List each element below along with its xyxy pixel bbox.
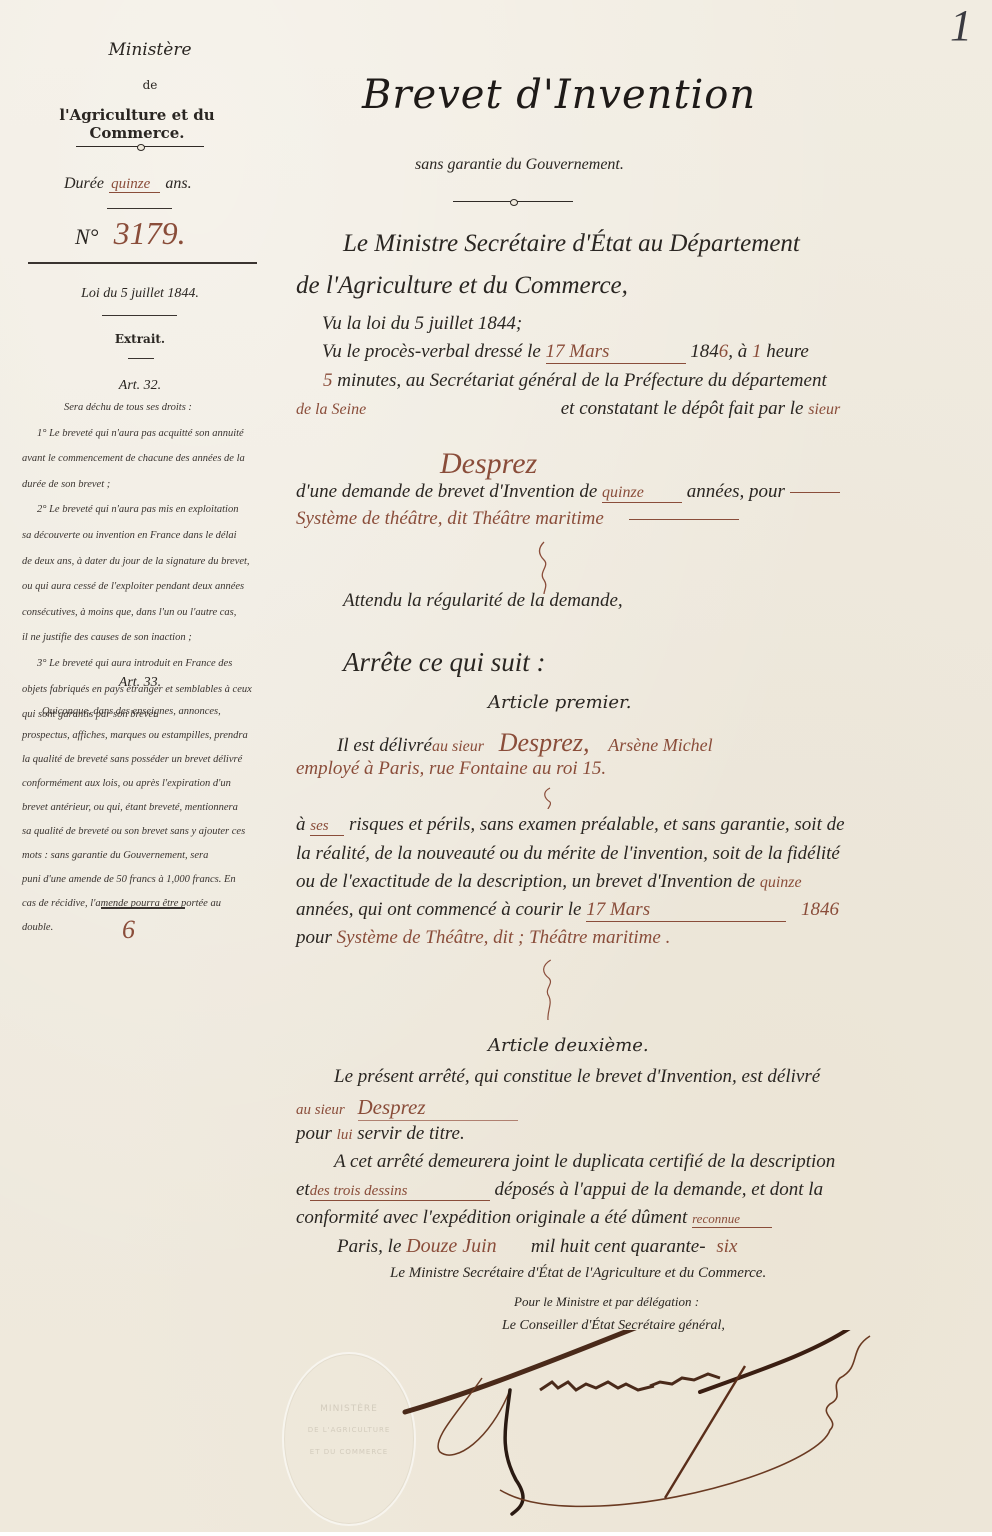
risk-pronoun: ses: [310, 818, 344, 836]
article2-heading: Article deuxième.: [488, 1035, 649, 1056]
vu-law: Vu la loi du 5 juillet 1844;: [322, 313, 522, 335]
extract-label: Extrait.: [90, 332, 190, 346]
department-line: de la Seine et constatant le dépôt fait …: [296, 398, 840, 420]
art33-line: sa qualité de breveté ou son brevet sans…: [22, 820, 262, 844]
pv-date: 17 Mars: [546, 341, 686, 364]
article2-line4: A cet arrêté demeurera joint le duplicat…: [334, 1151, 835, 1173]
recipient-given-name: Arsène Michel: [608, 735, 712, 755]
filler-line: [790, 492, 840, 493]
article1-line2: à ses risques et périls, sans examen pré…: [296, 814, 845, 836]
line6-invention: Système de Théâtre, dit ; Théâtre mariti…: [337, 927, 671, 948]
art32-line: ou qui aura cessé de l'exploiter pendant…: [22, 574, 262, 600]
vu-proces-verbal: Vu le procès-verbal dressé le 17 Mars 18…: [322, 341, 809, 364]
article1-heading: Article premier.: [488, 692, 631, 713]
risk-prefix: à: [296, 814, 306, 835]
article2-line6: conformité avec l'expédition originale a…: [296, 1207, 772, 1229]
line4-years: quinze: [760, 874, 802, 891]
filler-line: [629, 519, 739, 520]
recipient-name: Desprez,: [499, 728, 590, 757]
deposit-title: sieur: [808, 401, 840, 418]
line3-pronoun: lui: [337, 1127, 353, 1143]
request-years: quinze: [602, 484, 682, 503]
signature-line1: Le Ministre Secrétaire d'État de l'Agric…: [390, 1265, 766, 1282]
line5-suffix: déposés à l'appui de la demande, et dont…: [494, 1179, 823, 1200]
art33-title: Art. 33.: [90, 675, 190, 691]
article2-line2: au sieur Desprez: [296, 1095, 518, 1121]
art32-line: avant le commencement de chacune des ann…: [22, 446, 262, 472]
patent-number-row: N° 3179.: [75, 215, 186, 252]
article1-line5: années, qui ont commencé à courir le 17 …: [296, 899, 839, 922]
article2-line3: pour lui servir de titre.: [296, 1123, 465, 1145]
line2-prefix: au sieur: [296, 1102, 345, 1118]
article2-line5: etdes trois dessins déposés à l'appui de…: [296, 1179, 823, 1201]
art32-line: 1° Le breveté qui n'aura pas acquitté so…: [22, 421, 262, 447]
seal-text-line: ET DU COMMERCE: [284, 1448, 414, 1456]
flourish-icon: [534, 540, 554, 595]
preamble-line1: Le Ministre Secrétaire d'État au Départe…: [343, 230, 800, 258]
date-prefix: Paris, le: [337, 1236, 401, 1257]
request-line: d'une demande de brevet d'Invention de q…: [296, 481, 840, 503]
divider: [101, 907, 185, 909]
request-prefix: d'une demande de brevet d'Invention de: [296, 481, 597, 502]
date-line: Paris, le Douze Juin mil huit cent quara…: [337, 1235, 737, 1258]
divider: [28, 262, 257, 264]
patent-number: 3179.: [114, 215, 186, 251]
document-title: Brevet d'Invention: [362, 72, 756, 118]
footer-mark: 6: [122, 915, 135, 945]
applicant-name: Desprez: [440, 447, 537, 481]
art32-line: 2° Le breveté qui n'aura pas mis en expl…: [22, 497, 262, 523]
art33-line: cas de récidive, l'amende pourra être po…: [22, 892, 262, 916]
article1-line1: Il est délivréau sieur Desprez, Arsène M…: [337, 728, 713, 758]
line5-fill: des trois dessins: [310, 1183, 490, 1201]
line5-prefix: et: [296, 1179, 310, 1200]
art32-title: Art. 32.: [90, 378, 190, 394]
embossed-seal: MINISTÈRE DE L'AGRICULTURE ET DU COMMERC…: [282, 1352, 416, 1526]
art33-line: mots : sans garantie du Gouvernement, se…: [22, 844, 262, 868]
preamble-line2: de l'Agriculture et du Commerce,: [296, 272, 628, 300]
line5-prefix: années, qui ont commencé à courir le: [296, 899, 581, 920]
art32-line: durée de son brevet ;: [22, 472, 262, 498]
article1-line6: pour Système de Théâtre, dit ; Théâtre m…: [296, 927, 670, 949]
article1-line4: ou de l'exactitude de la description, un…: [296, 871, 802, 893]
date-day: Douze Juin: [406, 1235, 526, 1258]
ornament-divider: [453, 200, 573, 203]
flourish-icon: [538, 955, 558, 1025]
art33-line: la qualité de breveté sans posséder un b…: [22, 748, 262, 772]
number-label: N°: [75, 224, 98, 249]
art33-text: Quiconque, dans des enseignes, annonces,…: [22, 700, 262, 940]
arrete-heading: Arrête ce qui suit :: [343, 647, 545, 678]
signature-line2: Pour le Ministre et par délégation :: [514, 1294, 699, 1310]
art33-line: brevet antérieur, ou qui, étant breveté,…: [22, 796, 262, 820]
art32-line: il ne justifie des causes de son inactio…: [22, 625, 262, 651]
handwritten-signature-icon: [400, 1330, 920, 1530]
art33-line: puni d'une amende de 50 francs à 1,000 f…: [22, 868, 262, 892]
deposit-text: et constatant le dépôt fait par le: [561, 398, 804, 419]
duration-unit: ans.: [165, 175, 191, 192]
patent-document-page: 1 Ministère de l'Agriculture et du Comme…: [0, 0, 992, 1536]
line5-date: 17 Mars: [586, 899, 786, 922]
date-year: six: [716, 1236, 737, 1257]
flourish-icon: [538, 786, 558, 810]
pv-hour: 1: [752, 341, 762, 362]
minutes-line: 5 minutes, au Secrétariat général de la …: [323, 370, 827, 392]
department: de la Seine: [296, 401, 556, 419]
art32-line: 3° Le breveté qui aura introduit en Fran…: [22, 651, 262, 677]
recipient-address: employé à Paris, rue Fontaine au roi 15.: [296, 758, 606, 780]
line2-name: Desprez: [358, 1095, 518, 1121]
art32-line: consécutives, à moins que, dans l'un ou …: [22, 600, 262, 626]
line6-prefix: pour: [296, 927, 332, 948]
line4-prefix: ou de l'exactitude de la description, un…: [296, 871, 755, 892]
line6-fill: reconnue: [692, 1211, 772, 1228]
line3-prefix: pour: [296, 1123, 332, 1144]
art32-line: de deux ans, à dater du jour de la signa…: [22, 549, 262, 575]
pv-year-suffix: 6: [719, 341, 729, 362]
recipient-title: au sieur: [432, 738, 484, 755]
art32-line: Sera déchu de tous ses droits :: [22, 395, 262, 421]
divider: [107, 208, 172, 209]
art33-line: Quiconque, dans des enseignes, annonces,: [22, 700, 262, 724]
delivered-prefix: Il est délivré: [337, 735, 432, 756]
document-subtitle: sans garantie du Gouvernement.: [415, 156, 624, 174]
ministry-line2: de: [120, 78, 180, 92]
divider: [128, 358, 154, 359]
duration-value: quinze: [109, 176, 160, 193]
page-number: 1: [950, 0, 972, 51]
invention-line: Système de théâtre, dit Théâtre maritime: [296, 508, 739, 530]
ministry-line3: l'Agriculture et du Commerce.: [12, 106, 262, 142]
page-edge: [0, 1532, 992, 1536]
pv-prefix: Vu le procès-verbal dressé le: [322, 341, 541, 362]
seal-text-line: MINISTÈRE: [284, 1404, 414, 1414]
date-mid: mil huit cent quarante-: [531, 1236, 706, 1257]
line3-suffix: servir de titre.: [357, 1123, 464, 1144]
line6-prefix: conformité avec l'expédition originale a…: [296, 1207, 687, 1228]
duration-row: Durée quinze ans.: [64, 173, 192, 193]
divider: [102, 315, 177, 316]
art33-line: double.: [22, 916, 262, 940]
art33-line: conformément aux lois, ou après l'expira…: [22, 772, 262, 796]
line5-year: 1846: [801, 899, 839, 920]
pv-year-prefix: 184: [690, 341, 719, 362]
art32-line: sa découverte ou invention en France dan…: [22, 523, 262, 549]
article2-line1: Le présent arrêté, qui constitue le brev…: [334, 1066, 820, 1088]
seal-text-line: DE L'AGRICULTURE: [284, 1426, 414, 1434]
minutes-text: minutes, au Secrétariat général de la Pr…: [337, 370, 826, 391]
duration-label: Durée: [64, 175, 104, 192]
article1-line3: la réalité, de la nouveauté ou du mérite…: [296, 843, 840, 865]
risk-text: risques et périls, sans examen préalable…: [349, 814, 845, 835]
pv-minutes: 5: [323, 370, 333, 391]
art33-line: prospectus, affiches, marques ou estampi…: [22, 724, 262, 748]
law-reference: Loi du 5 juillet 1844.: [40, 286, 240, 302]
attendu-line: Attendu la régularité de la demande,: [343, 590, 623, 612]
pv-time-mid: , à: [728, 341, 747, 362]
ministry-line1: Ministère: [80, 40, 220, 60]
request-suffix: années, pour: [687, 481, 785, 502]
invention-title: Système de théâtre, dit Théâtre maritime: [296, 508, 604, 529]
ornament-divider: [76, 145, 204, 148]
pv-hour-label: heure: [766, 341, 809, 362]
